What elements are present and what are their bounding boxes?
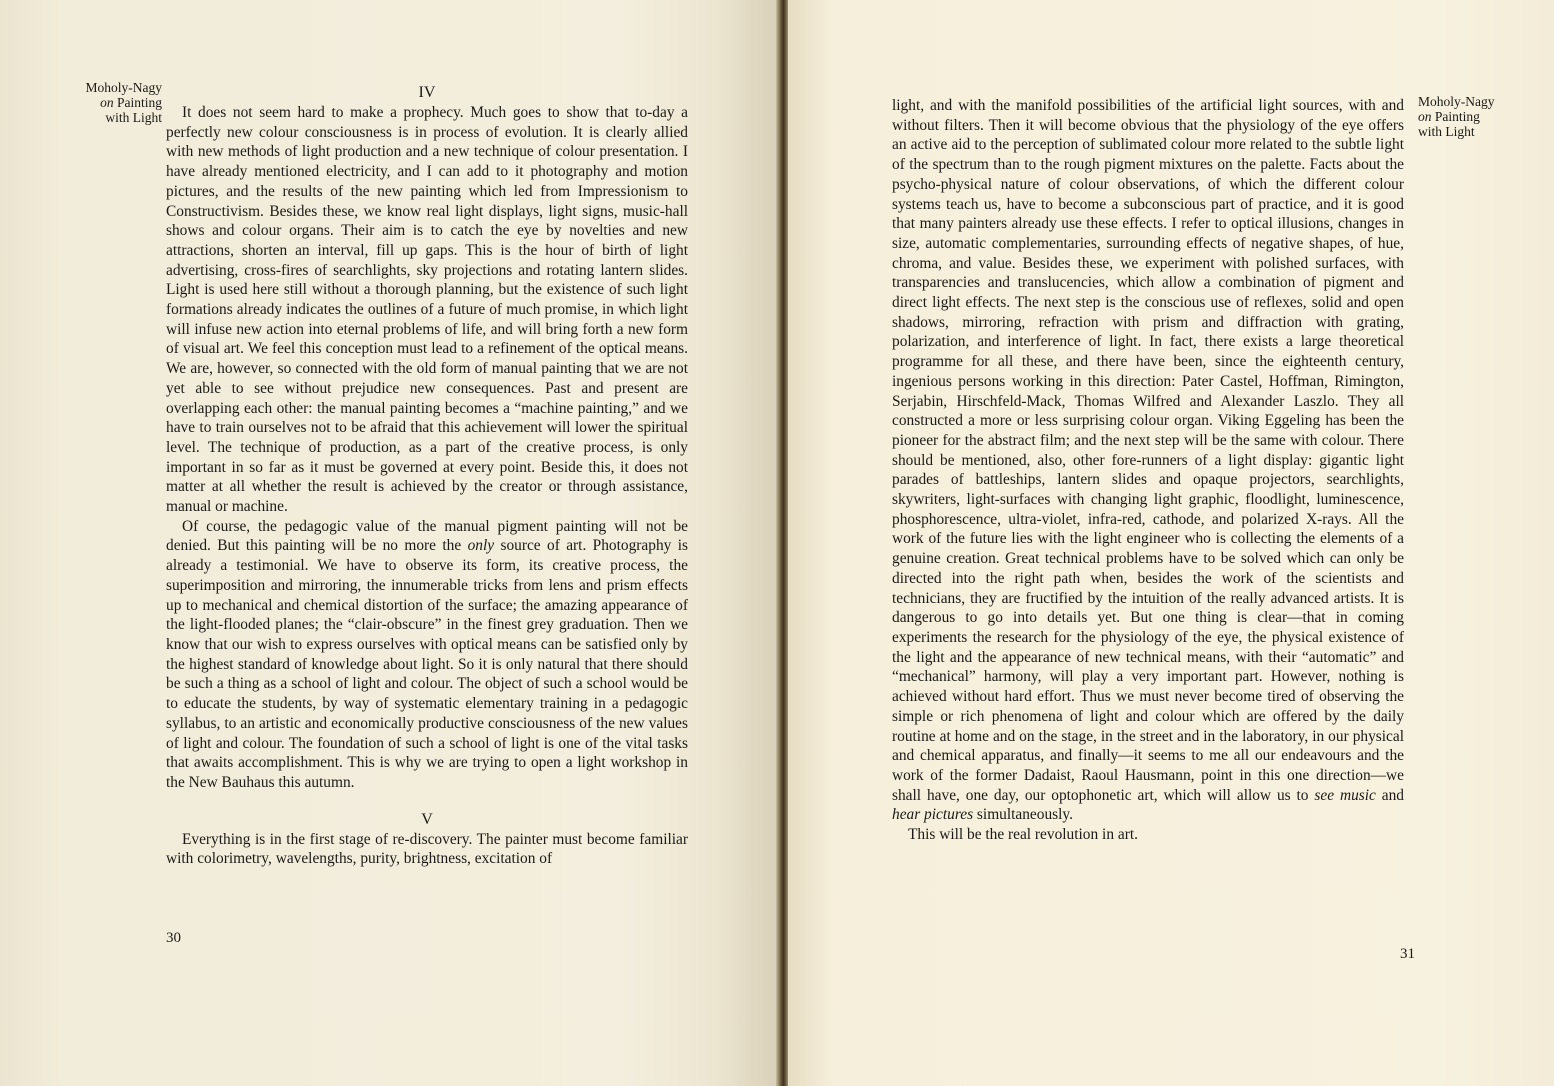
page-number-right: 31	[1400, 946, 1415, 963]
left-page: Moholy-Nagy on Painting with Light IV It…	[0, 0, 778, 1086]
running-head-right: Moholy-Nagy on Painting with Light	[1418, 94, 1518, 139]
emphasis: hear pictures	[892, 806, 973, 823]
paragraph: light, and with the manifold possibiliti…	[892, 96, 1404, 825]
paragraph: Of course, the pedagogic value of the ma…	[166, 517, 688, 793]
right-page: light, and with the manifold possibiliti…	[788, 0, 1554, 1086]
emphasis: only	[468, 537, 495, 554]
running-head-left: Moholy-Nagy on Painting with Light	[60, 80, 162, 125]
right-page-body: light, and with the manifold possibiliti…	[892, 96, 1404, 845]
running-head-author: Moholy-Nagy	[60, 80, 162, 95]
paragraph: It does not seem hard to make a prophecy…	[166, 103, 688, 517]
running-head-topic: with Light	[60, 110, 162, 125]
paragraph: This will be the real revolution in art.	[892, 825, 1404, 845]
paragraph: Everything is in the first stage of re-d…	[166, 830, 688, 869]
book-spread: Moholy-Nagy on Painting with Light IV It…	[0, 0, 1554, 1086]
emphasis: see music	[1314, 787, 1375, 804]
running-head-topic: with Light	[1418, 124, 1518, 139]
left-page-body: IV It does not seem hard to make a proph…	[166, 83, 688, 869]
running-head-subject: on Painting	[60, 95, 162, 110]
running-head-subject: on Painting	[1418, 109, 1518, 124]
section-heading-v: V	[166, 810, 688, 830]
page-number-left: 30	[166, 930, 181, 947]
running-head-author: Moholy-Nagy	[1418, 94, 1518, 109]
section-heading-iv: IV	[166, 83, 688, 103]
